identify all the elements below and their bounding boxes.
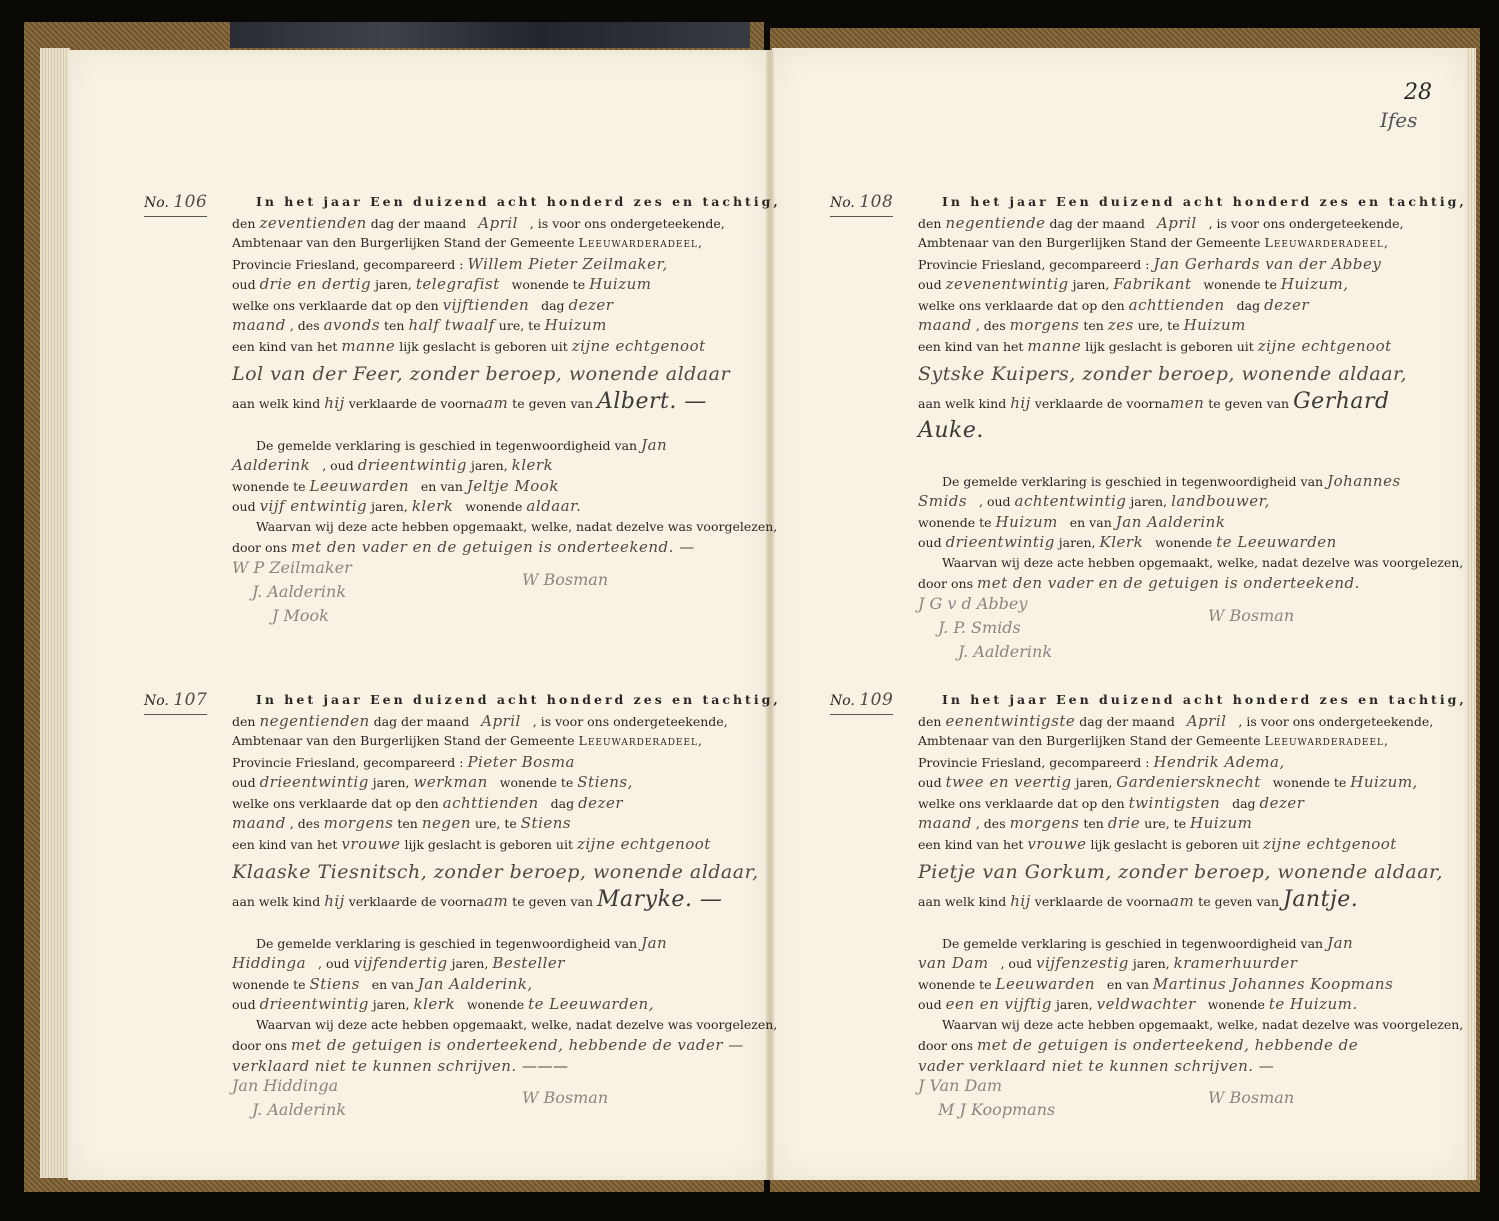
text: dag der maand <box>371 216 467 231</box>
text: In het jaar Een duizend acht honderd zes… <box>942 692 1467 707</box>
signature: J Van Dam <box>918 1076 1002 1097</box>
text: Leeuwarden <box>310 477 409 495</box>
text-line: aan welk kind hij verklaarde de voornaam… <box>918 890 1499 911</box>
paraph-signature: Ifes <box>1380 108 1417 132</box>
text-line: Provincie Friesland, gecompareerd : Piet… <box>232 752 832 773</box>
text: dag der maand <box>1049 216 1145 231</box>
text: verklaard niet te kunnen schrijven. ——— <box>232 1057 568 1075</box>
text: maand <box>918 316 972 334</box>
text: den <box>918 216 941 231</box>
text: wonende <box>1155 535 1212 550</box>
time-of-day: morgens <box>1010 814 1080 832</box>
signatures: W P Zeilmaker J. Aalderink W Bosman J Mo… <box>232 558 832 628</box>
text: Provincie Friesland, gecompareerd : <box>232 755 463 770</box>
text-line: wonende te Leeuwarden en van Martinus Jo… <box>918 974 1499 995</box>
text: en van <box>1070 515 1112 530</box>
text-line: Ambtenaar van den Burgerlijken Stand der… <box>918 731 1499 752</box>
text: door ons <box>232 540 287 555</box>
text: aan welk kind <box>918 894 1006 909</box>
birth-day: twintigsten <box>1129 794 1221 812</box>
text: dag der maand <box>374 714 470 729</box>
declarant-occupation: werkman <box>414 773 488 791</box>
text: lijk geslacht is geboren uit <box>399 339 568 354</box>
text-line: een kind van het vrouwe lijk geslacht is… <box>232 834 832 855</box>
birth-day: vijftienden <box>443 296 529 314</box>
text: vijfendertig <box>354 954 448 972</box>
witness1-first-name: Johannes <box>1327 472 1401 490</box>
text-line: een kind van het vrouwe lijk geslacht is… <box>918 834 1499 855</box>
text: zijne echtgenoot <box>1263 835 1397 853</box>
declarant-occupation: telegrafist <box>416 275 500 293</box>
text: Provincie Friesland, gecompareerd : <box>918 257 1149 272</box>
text-line: aan welk kind hij verklaarde de voorname… <box>918 392 1499 413</box>
birth-day: achttienden <box>1129 296 1225 314</box>
text: No. <box>144 195 169 211</box>
declarant-age: drie en dertig <box>260 275 372 293</box>
text: De gemelde verklaring is geschied in teg… <box>256 438 637 453</box>
text: jaren, <box>371 499 408 514</box>
text: , oud <box>1000 956 1032 971</box>
text: te Leeuwarden <box>1216 533 1337 551</box>
text-line: maand , des morgens ten zes ure, te Huiz… <box>918 315 1499 336</box>
text: wonende te <box>232 479 306 494</box>
text-line: aan welk kind hij verklaarde de voornaam… <box>232 392 832 413</box>
text: dag <box>551 796 574 811</box>
mother-name: Klaaske Tiesnitsch, zonder beroep, wonen… <box>232 861 759 883</box>
text-line: Provincie Friesland, gecompareerd : Jan … <box>918 254 1499 275</box>
text-line: Waarvan wij deze acte hebben opgemaakt, … <box>232 517 832 538</box>
text-line: Klaaske Tiesnitsch, zonder beroep, wonen… <box>232 854 832 890</box>
witness1-occupation: klerk <box>512 456 554 474</box>
signature: W Bosman <box>522 1088 608 1109</box>
declarant-name: Pieter Bosma <box>467 753 575 771</box>
text: en van <box>1107 977 1149 992</box>
text: , is voor ons ondergeteekende, <box>1209 216 1404 231</box>
signing-clause: met den vader en de getuigen is ondertee… <box>977 574 1360 592</box>
intro-line: In het jaar Een duizend acht honderd zes… <box>232 192 832 213</box>
declarant-age: drieentwintig <box>260 773 369 791</box>
text-line: wonende te Huizum en van Jan Aalderink <box>918 512 1499 533</box>
signature: J Mook <box>272 606 329 627</box>
text: den <box>918 714 941 729</box>
text: Ambtenaar van den Burgerlijken Stand der… <box>918 235 1261 250</box>
text-line <box>918 449 1499 471</box>
child-name: Maryke. — <box>597 887 722 912</box>
mother-name: Sytske Kuipers, zonder beroep, wonende a… <box>918 363 1407 385</box>
text: verklaarde de voorna <box>1035 396 1170 411</box>
witness2-occupation: Klerk <box>1100 533 1144 551</box>
text-line: Provincie Friesland, gecompareerd : Will… <box>232 254 832 275</box>
text: den <box>232 714 255 729</box>
text: am <box>484 892 508 910</box>
text: 108 <box>859 192 893 212</box>
child-sex: manne <box>341 337 395 355</box>
text-line: Smids , oud achtentwintig jaren, landbou… <box>918 491 1499 512</box>
text: De gemelde verklaring is geschied in teg… <box>942 474 1323 489</box>
text: drieentwintig <box>946 533 1055 551</box>
child-name: Jantje. <box>1283 887 1358 912</box>
text: oud <box>232 277 256 292</box>
text-line: door ons met de getuigen is onderteekend… <box>918 1035 1499 1056</box>
text-line: den zeventienden dag der maand April , i… <box>232 213 832 234</box>
text-line: verklaard niet te kunnen schrijven. ——— <box>232 1056 832 1077</box>
text-line: maand , des avonds ten half twaalf ure, … <box>232 315 832 336</box>
declarant-occupation: Fabrikant <box>1113 275 1191 293</box>
text-line: aan welk kind hij verklaarde de voornaam… <box>232 890 832 911</box>
text: wonende te <box>512 277 586 292</box>
text: am <box>1170 892 1194 910</box>
text-line: Lol van der Feer, zonder beroep, wonende… <box>232 356 832 392</box>
text: een en vijftig <box>946 995 1052 1013</box>
text-line <box>232 413 832 435</box>
time-of-day: avonds <box>324 316 380 334</box>
text: De gemelde verklaring is geschied in teg… <box>256 936 637 951</box>
text: een kind van het <box>232 837 337 852</box>
registration-month: April <box>1157 214 1197 232</box>
signatures: J G v d Abbey J. P. Smids W Bosman J. Aa… <box>918 594 1499 664</box>
child-name: Gerhard <box>1293 389 1390 414</box>
signatures: J Van Dam M J Koopmans W Bosman <box>918 1076 1499 1146</box>
text: wonende te <box>1203 277 1277 292</box>
text-line <box>918 911 1499 933</box>
text-line <box>232 911 832 933</box>
municipality: Leeuwarderadeel <box>1265 235 1385 250</box>
text: ten <box>1083 318 1103 333</box>
time-of-day: morgens <box>324 814 394 832</box>
text: welke ons verklaarde dat op den <box>918 796 1125 811</box>
text-line: De gemelde verklaring is geschied in teg… <box>232 933 832 954</box>
text: hij <box>1010 394 1031 412</box>
text: , des <box>976 816 1006 831</box>
text: Ambtenaar van den Burgerlijken Stand der… <box>232 235 575 250</box>
child-name: Albert. — <box>597 389 707 414</box>
text: te geven van <box>1208 396 1289 411</box>
text: te Huizum. <box>1269 995 1358 1013</box>
signing-clause: met de getuigen is onderteekend, hebbend… <box>291 1036 744 1054</box>
text: zijne echtgenoot <box>572 337 706 355</box>
text: te geven van <box>512 894 593 909</box>
text: Provincie Friesland, gecompareerd : <box>232 257 463 272</box>
declarant-age: twee en veertig <box>946 773 1072 791</box>
text: wonende <box>465 499 522 514</box>
witness1-last-name: Hiddinga <box>232 954 306 972</box>
text: dezer <box>1264 296 1309 314</box>
text: dezer <box>1260 794 1305 812</box>
text: aan welk kind <box>232 894 320 909</box>
declarant-age: zevenentwintig <box>946 275 1069 293</box>
text: jaren, <box>1056 997 1093 1012</box>
witness1-first-name: Jan <box>641 934 667 952</box>
declarant-name: Jan Gerhards van der Abbey <box>1153 255 1381 273</box>
text-line: oud drie en dertig jaren, telegrafist wo… <box>232 274 832 295</box>
text: Huizum <box>996 513 1058 531</box>
text: te Leeuwarden, <box>528 995 654 1013</box>
text: ure, te <box>1144 816 1186 831</box>
birth-record: No. 108 In het jaar Een duizend acht hon… <box>918 192 1499 664</box>
witness2-name: Jan Aalderink <box>1116 513 1226 531</box>
text-line: den negentiende dag der maand April , is… <box>918 213 1499 234</box>
declarant-residence: Huizum <box>589 275 651 293</box>
witness1-last-name: Smids <box>918 492 967 510</box>
signature: W Bosman <box>1208 1088 1294 1109</box>
signatures: Jan Hiddinga J. Aalderink W Bosman <box>232 1076 832 1146</box>
text-line: den eenentwintigste dag der maand April … <box>918 711 1499 732</box>
text: , oud <box>979 494 1011 509</box>
text-line: oud drieentwintig jaren, klerk wonende t… <box>232 994 832 1015</box>
text-line: Sytske Kuipers, zonder beroep, wonende a… <box>918 356 1499 392</box>
text-line: door ons met de getuigen is onderteekend… <box>232 1035 832 1056</box>
signature: J. P. Smids <box>938 618 1021 639</box>
text-line: Ambtenaar van den Burgerlijken Stand der… <box>232 233 832 254</box>
text: en van <box>421 479 463 494</box>
child-sex: vrouwe <box>1027 835 1086 853</box>
child-sex: vrouwe <box>341 835 400 853</box>
text: De gemelde verklaring is geschied in teg… <box>942 936 1323 951</box>
text: dag <box>1232 796 1255 811</box>
text: jaren, <box>452 956 489 971</box>
text: een kind van het <box>232 339 337 354</box>
text: hij <box>324 892 345 910</box>
text: drieentwintig <box>358 456 467 474</box>
text: jaren, <box>373 775 410 790</box>
text: jaren, <box>1059 535 1096 550</box>
text-line: De gemelde verklaring is geschied in teg… <box>232 435 832 456</box>
text: am <box>484 394 508 412</box>
text: jaren, <box>1073 277 1110 292</box>
text-line: welke ons verklaarde dat op den vijftien… <box>232 295 832 316</box>
text-line: oud twee en veertig jaren, Gardenierskne… <box>918 772 1499 793</box>
text-line: van Dam , oud vijfenzestig jaren, kramer… <box>918 953 1499 974</box>
declarant-residence: Huizum, <box>1350 773 1418 791</box>
text-line: oud drieentwintig jaren, werkman wonende… <box>232 772 832 793</box>
text: Waarvan wij deze acte hebben opgemaakt, … <box>256 519 777 534</box>
text: ure, te <box>475 816 517 831</box>
time-of-day: morgens <box>1010 316 1080 334</box>
text-line: oud zevenentwintig jaren, Fabrikant wone… <box>918 274 1499 295</box>
text: vijfenzestig <box>1036 954 1129 972</box>
witness2-name: Martinus Johannes Koopmans <box>1153 975 1393 993</box>
text: een kind van het <box>918 339 1023 354</box>
birth-hour: zes <box>1108 316 1134 334</box>
text: maand <box>232 814 286 832</box>
signing-clause: met de getuigen is onderteekend, hebbend… <box>977 1036 1358 1054</box>
signature: J G v d Abbey <box>918 594 1027 615</box>
text-line: oud vijf entwintig jaren, klerk wonende … <box>232 496 832 517</box>
witness2-name: Jan Aalderink, <box>418 975 533 993</box>
text: 107 <box>173 690 207 710</box>
registration-day: zeventienden <box>259 214 366 232</box>
text-line: Waarvan wij deze acte hebben opgemaakt, … <box>232 1015 832 1036</box>
intro-line: In het jaar Een duizend acht honderd zes… <box>918 192 1499 213</box>
text: wonende <box>467 997 524 1012</box>
text: hij <box>1010 892 1031 910</box>
text: den <box>232 216 255 231</box>
declarant-residence: Stiens, <box>577 773 633 791</box>
declarant-occupation: Gardeniersknecht <box>1116 773 1261 791</box>
text-line: Auke. <box>918 413 1499 449</box>
witness1-occupation: Besteller <box>492 954 565 972</box>
text: ten <box>1083 816 1103 831</box>
text: jaren, <box>1076 775 1113 790</box>
text: door ons <box>918 576 973 591</box>
text: maand <box>918 814 972 832</box>
text-line: welke ons verklaarde dat op den achttien… <box>232 793 832 814</box>
text-line: maand , des morgens ten negen ure, te St… <box>232 813 832 834</box>
text-line: Aalderink , oud drieentwintig jaren, kle… <box>232 455 832 476</box>
text: hij <box>324 394 345 412</box>
text-line: Provincie Friesland, gecompareerd : Hend… <box>918 752 1499 773</box>
text: verklaarde de voorna <box>1035 894 1170 909</box>
signature: Jan Hiddinga <box>232 1076 338 1097</box>
text: aan welk kind <box>918 396 1006 411</box>
text: wonende te <box>918 515 992 530</box>
birth-record: No. 109 In het jaar Een duizend acht hon… <box>918 690 1499 1146</box>
text: dag <box>541 298 564 313</box>
text: , is voor ons ondergeteekende, <box>533 714 728 729</box>
text: aldaar. <box>526 497 581 515</box>
declarant-name: Hendrik Adema, <box>1153 753 1284 771</box>
text: ure, te <box>499 318 541 333</box>
text: verklaarde de voorna <box>349 894 484 909</box>
text: wonende te <box>918 977 992 992</box>
birth-day: achttienden <box>443 794 539 812</box>
text-line: den negentienden dag der maand April , i… <box>232 711 832 732</box>
text: , des <box>290 816 320 831</box>
text: wonende te <box>500 775 574 790</box>
text: Ambtenaar van den Burgerlijken Stand der… <box>232 733 575 748</box>
text: oud <box>232 499 256 514</box>
text: drieentwintig <box>260 995 369 1013</box>
witness1-first-name: Jan <box>1327 934 1353 952</box>
witness1-occupation: kramerhuurder <box>1174 954 1298 972</box>
text: In het jaar Een duizend acht honderd zes… <box>256 692 781 707</box>
text: No. <box>144 693 169 709</box>
birth-hour: drie <box>1108 814 1140 832</box>
text: 106 <box>173 192 207 212</box>
text-line: Waarvan wij deze acte hebben opgemaakt, … <box>918 553 1499 574</box>
birth-place: Stiens <box>521 814 571 832</box>
text: Waarvan wij deze acte hebben opgemaakt, … <box>942 555 1463 570</box>
text: jaren, <box>375 277 412 292</box>
birth-place: Huizum <box>545 316 607 334</box>
text: zijne echtgenoot <box>1258 337 1392 355</box>
text: , oud <box>318 956 350 971</box>
text-line: welke ons verklaarde dat op den twintigs… <box>918 793 1499 814</box>
record-number: No. 107 <box>144 690 207 715</box>
text: te geven van <box>512 396 593 411</box>
text: , des <box>976 318 1006 333</box>
signature: W Bosman <box>1208 606 1294 627</box>
text: No. <box>830 693 855 709</box>
witness1-first-name: Jan <box>641 436 667 454</box>
text: welke ons verklaarde dat op den <box>232 796 439 811</box>
registration-month: April <box>1187 712 1227 730</box>
registration-day: negentienden <box>259 712 369 730</box>
text: lijk geslacht is geboren uit <box>1085 339 1254 354</box>
text-line: een kind van het manne lijk geslacht is … <box>232 336 832 357</box>
text-line: wonende te Stiens en van Jan Aalderink, <box>232 974 832 995</box>
page-number: 28 <box>1404 80 1432 105</box>
text-line: Ambtenaar van den Burgerlijken Stand der… <box>232 731 832 752</box>
registration-month: April <box>478 214 518 232</box>
text-line: De gemelde verklaring is geschied in teg… <box>918 471 1499 492</box>
text: Auke. <box>918 418 984 443</box>
text: welke ons verklaarde dat op den <box>918 298 1125 313</box>
text: een kind van het <box>918 837 1023 852</box>
text: maand <box>232 316 286 334</box>
witness1-occupation: landbouwer, <box>1171 492 1270 510</box>
witness1-last-name: Aalderink <box>232 456 310 474</box>
text: , oud <box>322 458 354 473</box>
mother-name: Lol van der Feer, zonder beroep, wonende… <box>232 363 730 385</box>
registration-day: eenentwintigste <box>945 712 1075 730</box>
signature: J. Aalderink <box>252 1100 346 1121</box>
witness2-occupation: klerk <box>412 497 454 515</box>
text-line: vader verklaard niet te kunnen schrijven… <box>918 1056 1499 1077</box>
text: In het jaar Een duizend acht honderd zes… <box>256 194 781 209</box>
text: Stiens <box>310 975 360 993</box>
text-line: welke ons verklaarde dat op den achttien… <box>918 295 1499 316</box>
signature: M J Koopmans <box>938 1100 1055 1121</box>
declarant-residence: Huizum, <box>1281 275 1349 293</box>
text: te geven van <box>1198 894 1279 909</box>
text: , des <box>290 318 320 333</box>
text: door ons <box>918 1038 973 1053</box>
intro-line: In het jaar Een duizend acht honderd zes… <box>918 690 1499 711</box>
text: oud <box>918 277 942 292</box>
text: oud <box>232 997 256 1012</box>
text: oud <box>918 775 942 790</box>
text: Leeuwarden <box>996 975 1095 993</box>
text-line: een kind van het manne lijk geslacht is … <box>918 336 1499 357</box>
intro-line: In het jaar Een duizend acht honderd zes… <box>232 690 832 711</box>
text: 109 <box>859 690 893 710</box>
signature: J. Aalderink <box>252 582 346 603</box>
text: vijf entwintig <box>260 497 368 515</box>
text: lijk geslacht is geboren uit <box>1090 837 1259 852</box>
witness2-occupation: veldwachter <box>1097 995 1196 1013</box>
text: Ambtenaar van den Burgerlijken Stand der… <box>918 733 1261 748</box>
text: ten <box>384 318 404 333</box>
text: Provincie Friesland, gecompareerd : <box>918 755 1149 770</box>
text-line: wonende te Leeuwarden en van Jeltje Mook <box>232 476 832 497</box>
text-line: oud drieentwintig jaren, Klerk wonende t… <box>918 532 1499 553</box>
text-line: oud een en vijftig jaren, veldwachter wo… <box>918 994 1499 1015</box>
text: welke ons verklaarde dat op den <box>232 298 439 313</box>
witness1-last-name: van Dam <box>918 954 989 972</box>
text: In het jaar Een duizend acht honderd zes… <box>942 194 1467 209</box>
text: ten <box>397 816 417 831</box>
text: , is voor ons ondergeteekende, <box>530 216 725 231</box>
marbled-board <box>230 22 750 48</box>
text: oud <box>918 535 942 550</box>
text-line: De gemelde verklaring is geschied in teg… <box>918 933 1499 954</box>
municipality: Leeuwarderadeel <box>579 733 699 748</box>
declarant-name: Willem Pieter Zeilmaker, <box>467 255 667 273</box>
text: wonende te <box>232 977 306 992</box>
text: dezer <box>578 794 623 812</box>
text: No. <box>830 195 855 211</box>
text: wonende te <box>1273 775 1347 790</box>
mother-name: Pietje van Gorkum, zonder beroep, wonend… <box>918 861 1443 883</box>
signing-clause: met den vader en de getuigen is ondertee… <box>291 538 695 556</box>
municipality: Leeuwarderadeel <box>579 235 699 250</box>
text: ure, te <box>1138 318 1180 333</box>
record-number: No. 108 <box>830 192 893 217</box>
text: wonende <box>1208 997 1265 1012</box>
text: vader verklaard niet te kunnen schrijven… <box>918 1057 1274 1075</box>
text: oud <box>232 775 256 790</box>
